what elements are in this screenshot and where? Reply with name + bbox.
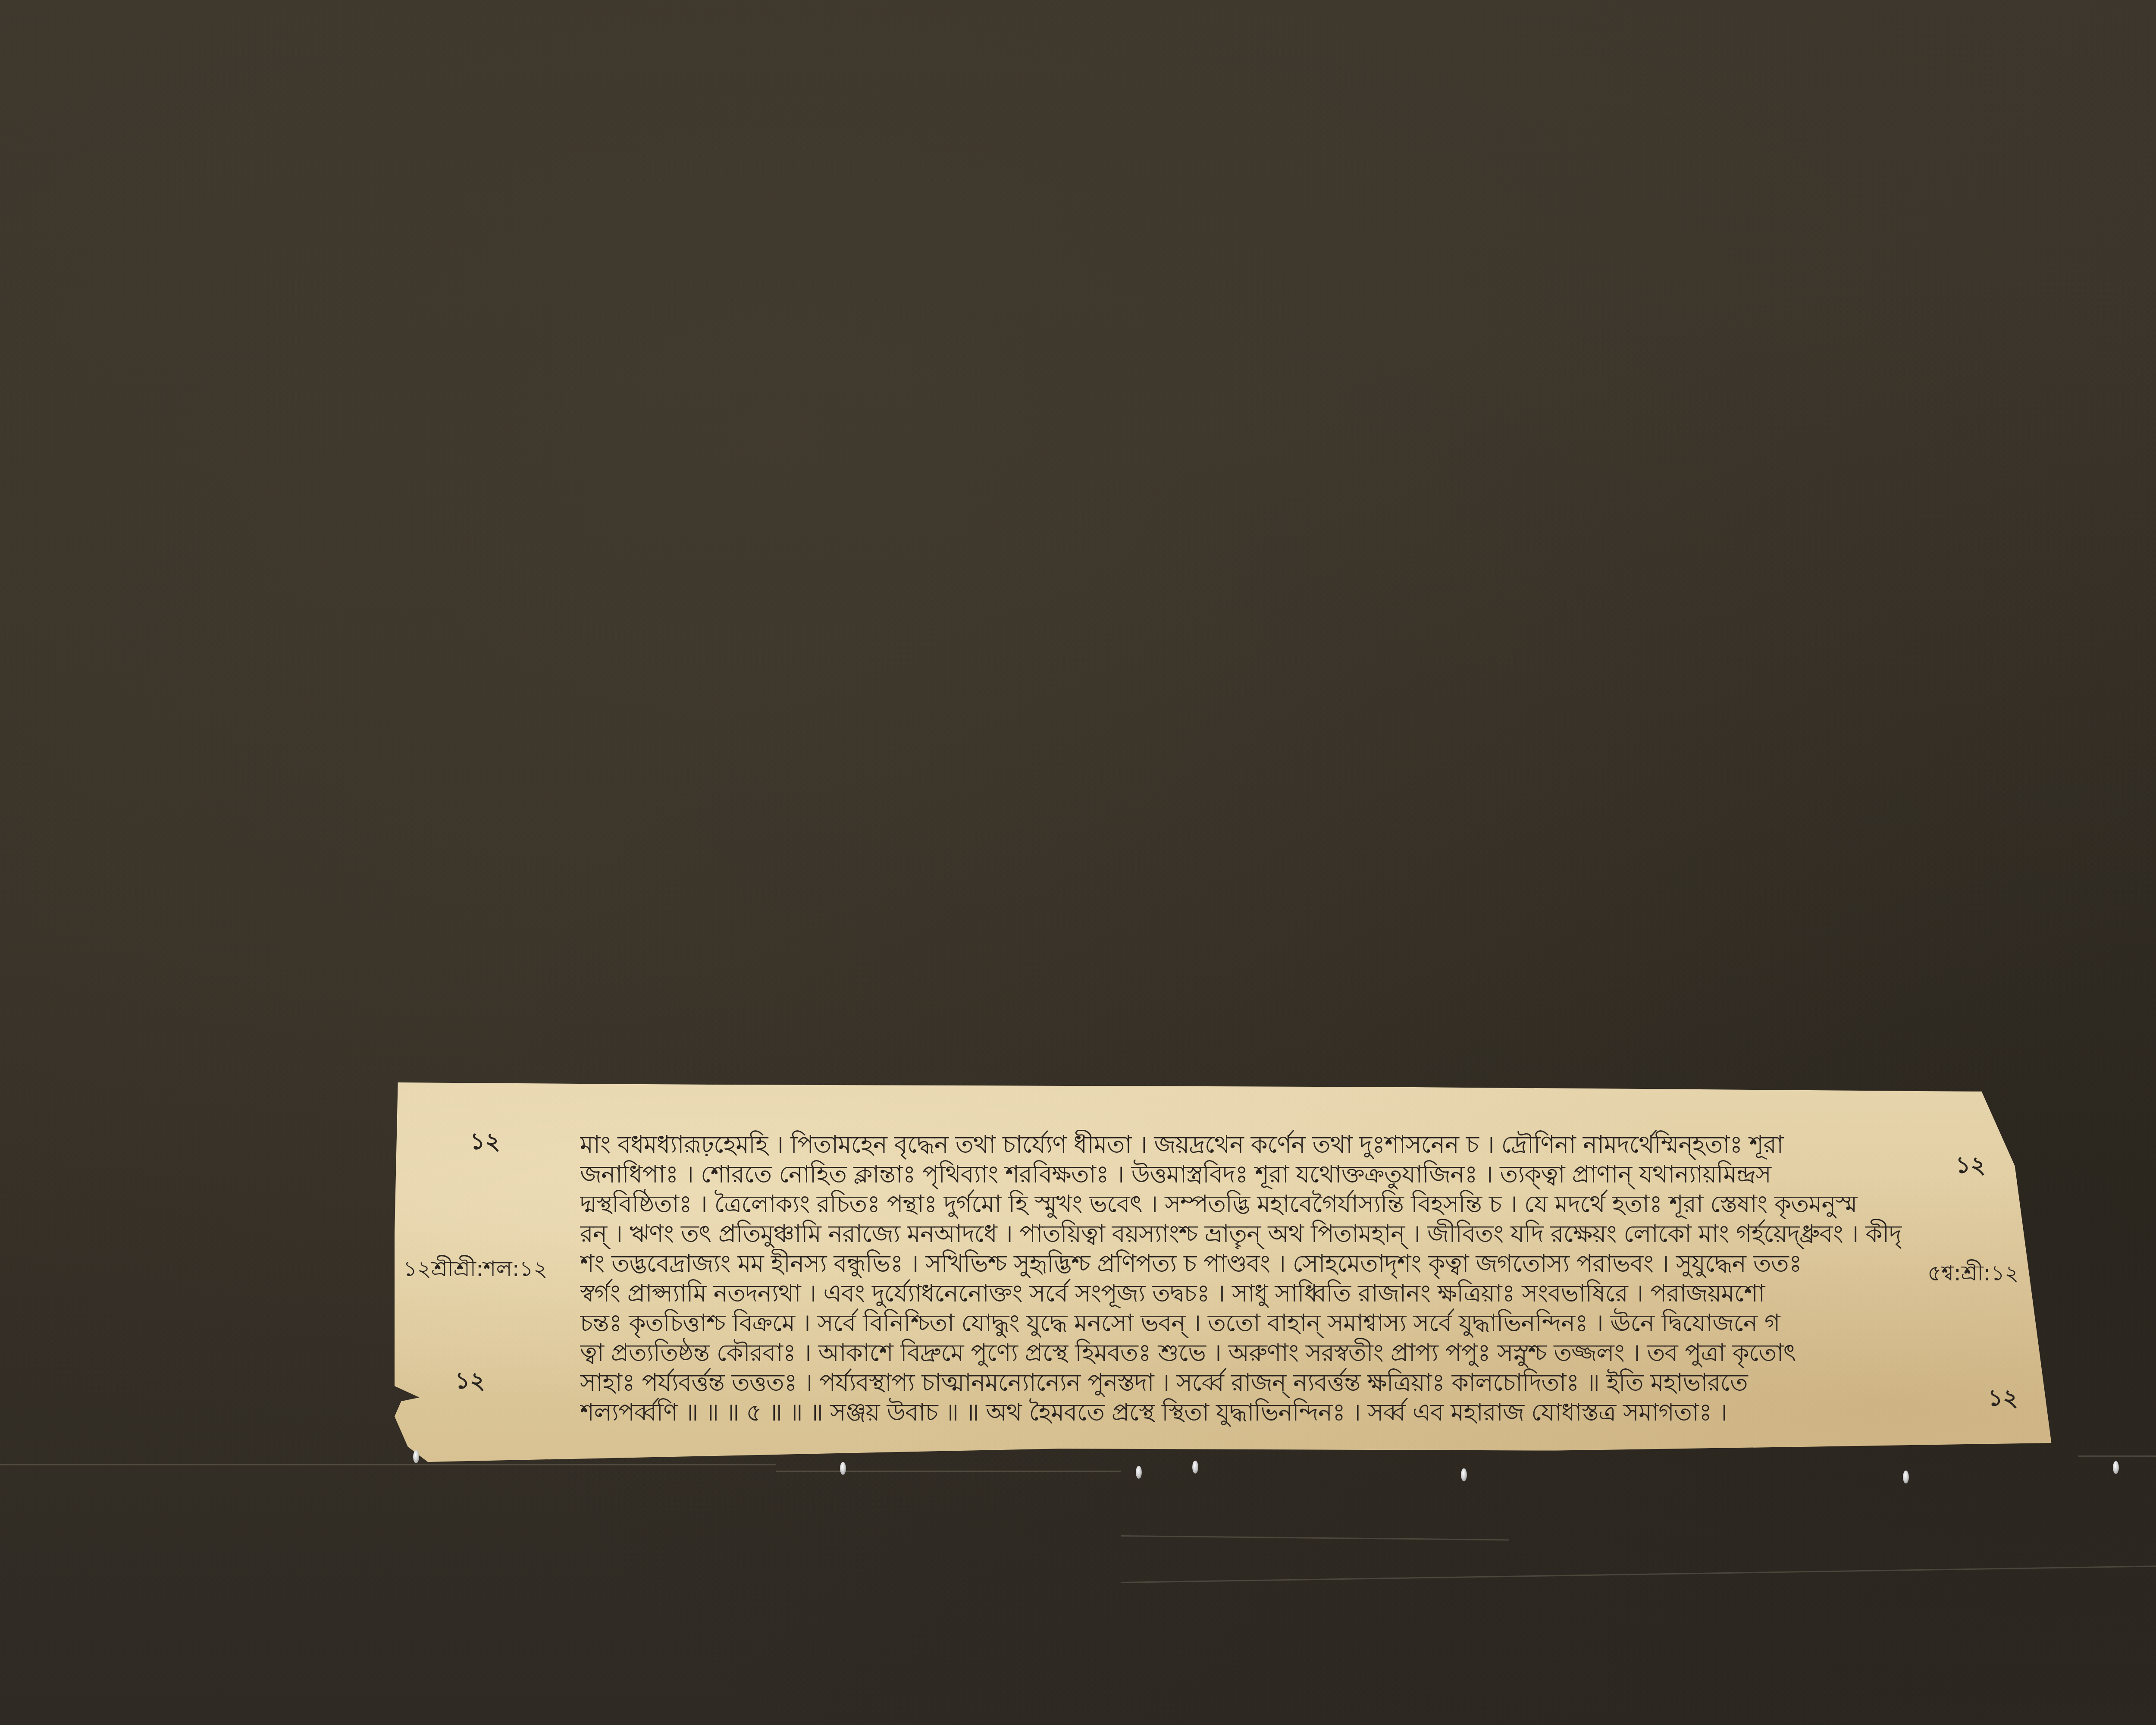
- mounting-pin: [840, 1462, 846, 1475]
- mounting-pin: [413, 1450, 419, 1463]
- manuscript-text: মাং বধমধ্যারূঢ়হেমহি । পিতামহেন বৃদ্ধেন …: [580, 1130, 1938, 1427]
- text-line: ত্বা প্রত্যতিষ্ঠন্ত কৌরবাঃ । আকাশে বিদ্র…: [580, 1338, 1938, 1368]
- felt-seam-line: [2078, 1455, 2156, 1457]
- text-line: চন্তঃ কৃতচিত্তাশ্চ বিক্রমে । সর্বে বিনিশ…: [580, 1308, 1938, 1338]
- folio-number-top-left: ১২: [470, 1123, 500, 1162]
- felt-seam-line: [776, 1471, 1121, 1472]
- text-line: জনাধিপাঃ । শোরতে নোহিত ক্লান্তাঃ পৃথিব্য…: [580, 1160, 1938, 1189]
- folio-number-bottom-right: ১২: [1988, 1380, 2018, 1419]
- felt-seam-line: [1121, 1565, 2156, 1583]
- felt-seam-line: [1121, 1535, 1509, 1540]
- mounting-pin: [1903, 1471, 1909, 1483]
- manuscript-folio: ১২ ১২ ১২ ১২ ১২শ্রীশ্রী:শল:১২ ৫শ্ব:শ্রী:১…: [395, 1082, 2055, 1462]
- text-line: মাং বধমধ্যারূঢ়হেমহি । পিতামহেন বৃদ্ধেন …: [580, 1130, 1938, 1160]
- margin-note-right: ৫শ্ব:শ্রী:১২: [1927, 1257, 2019, 1293]
- text-line: শং তদ্ভবেদ্রাজ্যং মম হীনস্য বন্ধুভিঃ । স…: [580, 1249, 1938, 1279]
- text-line: সাহাঃ পর্য্যবর্ত্তন্ত তত্ততঃ । পর্য্যবস্…: [580, 1368, 1938, 1398]
- mounting-pin: [1192, 1461, 1198, 1474]
- text-line: রন্‌ । ঋণং তৎ প্রতিমুঞ্চামি নরাজ্যে মনআদ…: [580, 1219, 1938, 1249]
- folio-number-top-right: ১২: [1955, 1147, 1986, 1186]
- felt-seam-line: [0, 1464, 776, 1465]
- mounting-pin: [1136, 1466, 1142, 1479]
- margin-note-left: ১২শ্রীশ্রী:শল:১২: [403, 1253, 547, 1289]
- mounting-pin: [1461, 1468, 1467, 1481]
- mounting-pin: [2113, 1461, 2119, 1474]
- felt-backdrop: [0, 0, 2156, 1725]
- text-line: স্বর্গং প্রাপ্স্যামি নতদন্যথা । এবং দুর্…: [580, 1279, 1938, 1308]
- text-line: দ্মস্থবিষ্ঠিতাঃ । ত্রৈলোক্যং রচিতঃ পন্থা…: [580, 1189, 1938, 1219]
- text-line: শল্যপর্ব্বণি ॥ ॥ ॥ ৫ ॥ ॥ ॥ সঞ্জয় উবাচ ॥…: [580, 1398, 1938, 1427]
- folio-number-bottom-left: ১২: [455, 1363, 485, 1402]
